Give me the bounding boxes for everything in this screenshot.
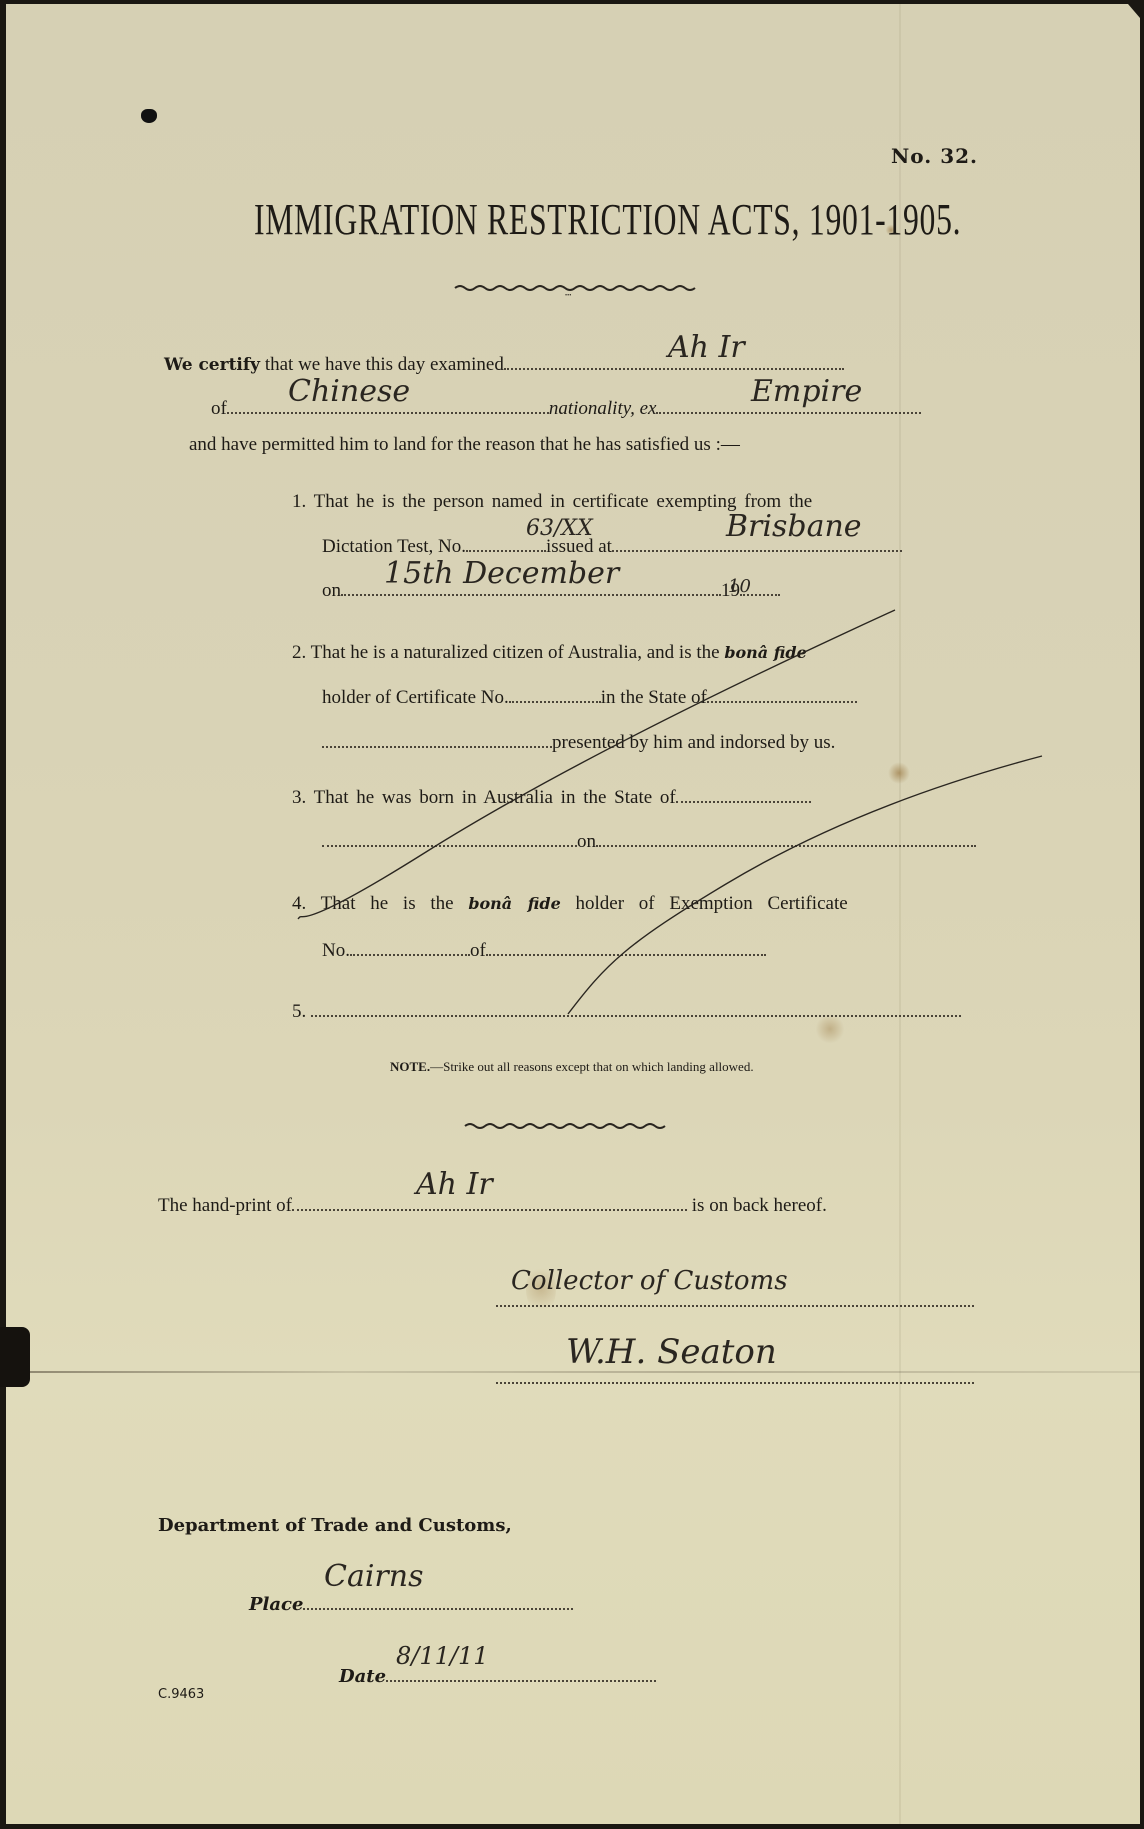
- document-page: No. 32. IMMIGRATION RESTRICTION ACTS, 19…: [6, 4, 1140, 1824]
- strike-out-lines: [6, 4, 1140, 1824]
- binding-tab: [0, 1327, 30, 1387]
